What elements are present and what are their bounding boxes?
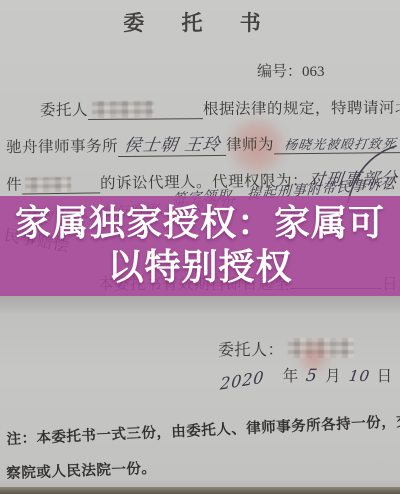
line2-firm: 驰舟律师事务所 xyxy=(6,138,118,156)
body-line-1: 委托人根据法律的规定，特聘请河北 xyxy=(40,96,400,121)
line2-mid: 律师为 xyxy=(226,136,274,154)
note-line-1: 注：本委托书一式三份，由委托人、律师事务所各持一份，交人民检 xyxy=(6,408,400,449)
photo-edge-shadow xyxy=(0,487,400,494)
date-day-label: 日 xyxy=(377,368,393,385)
document-title: 委 托 书 xyxy=(0,7,400,37)
line3-prefix: 件 xyxy=(6,177,22,194)
banner-line-1: 家属独家授权：家属可 xyxy=(0,202,400,246)
redacted-case-name xyxy=(25,177,71,193)
note-line-2: 察院或人民法院一份。 xyxy=(6,457,157,483)
overlay-caption-banner: 家属独家授权：家属可 以特别授权 xyxy=(0,196,400,296)
redacted-client-name xyxy=(92,100,154,117)
document-number: 编号：063 xyxy=(257,60,325,81)
signature-label: 委托人： xyxy=(218,342,284,359)
line1-prefix: 委托人 xyxy=(40,102,88,119)
banner-line-2: 以特别授权 xyxy=(0,246,400,290)
line1-suffix: 根据法律的规定，特聘请河北 xyxy=(203,100,400,118)
date-day-handwritten: 10 xyxy=(347,367,371,385)
document-photo: 委 托 书 编号：063 委托人根据法律的规定，特聘请河北 驰舟律师事务所侯士朝… xyxy=(0,0,400,494)
line2-lawyer-names-handwritten: 侯士朝 王玲 xyxy=(123,137,222,156)
date-year-label: 年 xyxy=(283,368,299,385)
date-year-handwritten: 2020 xyxy=(219,367,265,394)
signature-red-stamp xyxy=(292,342,336,372)
paper-fold-shadow xyxy=(0,296,400,316)
date-month-label: 月 xyxy=(325,368,341,385)
